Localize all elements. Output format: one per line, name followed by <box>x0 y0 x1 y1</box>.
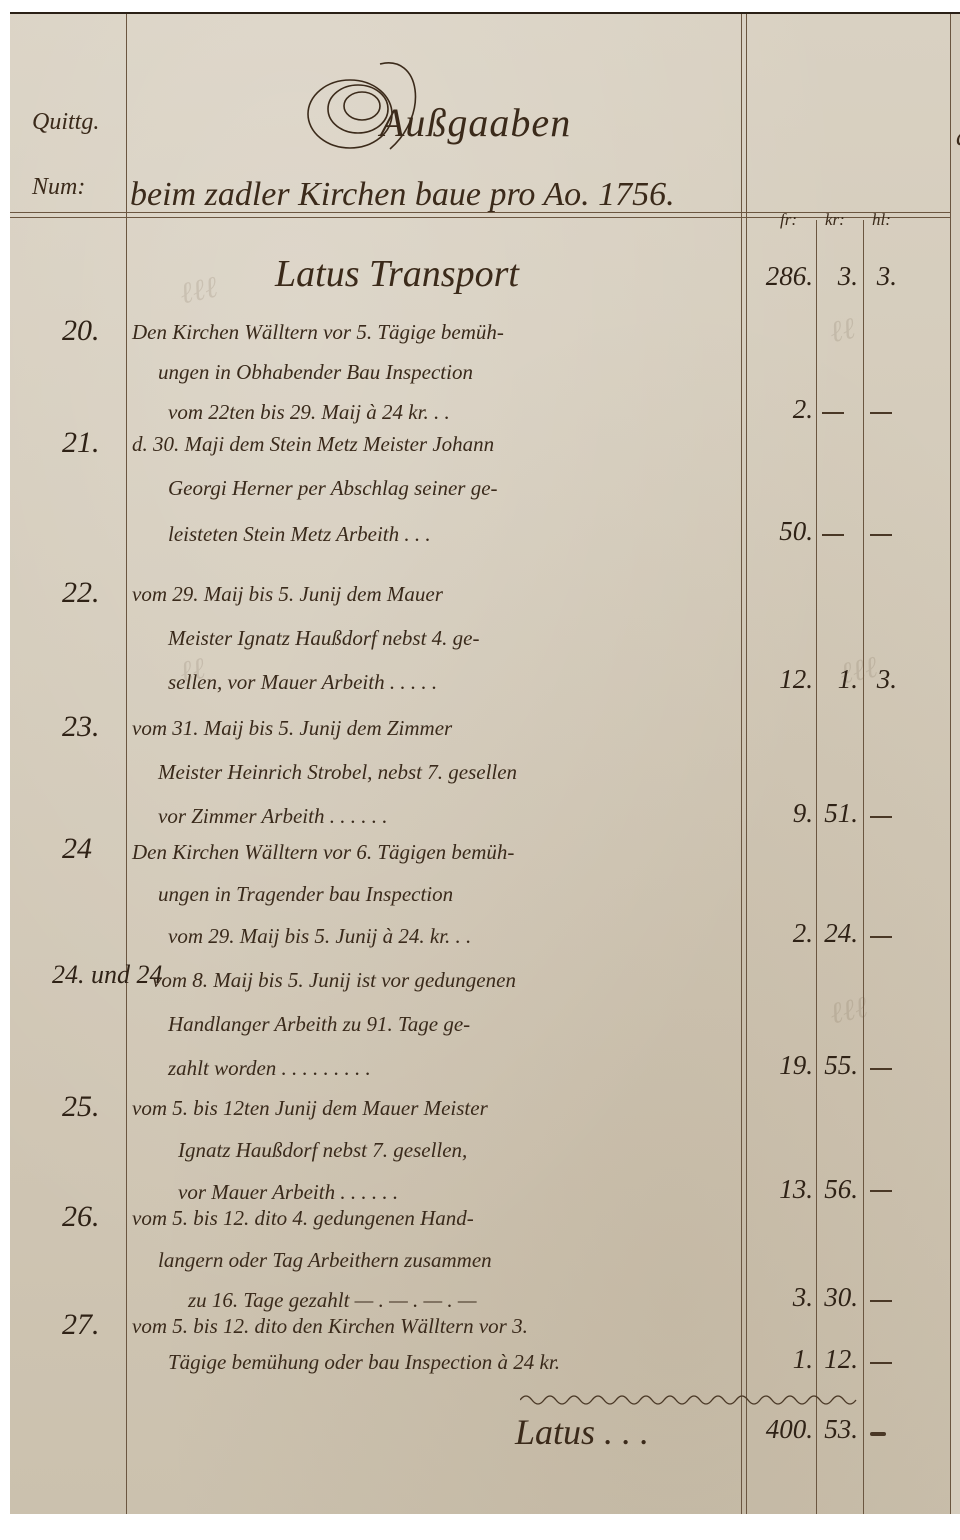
entry-kr: 1. <box>820 664 858 695</box>
page-title: Außgaaben <box>380 99 571 146</box>
entry-text: Meister Heinrich Strobel, nebst 7. gesel… <box>158 760 517 785</box>
latus-total-label: Latus . . . <box>515 1411 649 1453</box>
entry-text: leisteten Stein Metz Arbeith . . . <box>168 522 431 547</box>
entry-text: langern oder Tag Arbeithern zusammen <box>158 1248 492 1273</box>
entry-text: zu 16. Tage gezahlt — . — . — . — <box>188 1288 477 1313</box>
entry-text: vor Zimmer Arbeith . . . . . . <box>158 804 387 829</box>
entry-kr-dash <box>822 412 844 414</box>
entry-text: vom 29. Maij bis 5. Junij à 24. kr. . . <box>168 924 471 949</box>
entry-kr: 51. <box>820 798 858 829</box>
entry-hl-dash <box>870 1362 892 1364</box>
adjacent-page-edge <box>950 14 960 1514</box>
transport-fl: 286. <box>755 261 813 292</box>
kr-header: kr: <box>825 210 845 230</box>
entry-text: Tägige bemühung oder bau Inspection à 24… <box>168 1350 560 1375</box>
entry-fl: 3. <box>755 1282 813 1313</box>
entry-fl: 2. <box>755 394 813 425</box>
entry-kr: 12. <box>820 1344 858 1375</box>
rule-amount-divider <box>741 14 747 1514</box>
entry-text: Meister Ignatz Haußdorf nebst 4. ge- <box>168 626 479 651</box>
header-rule-bottom <box>10 217 950 218</box>
entry-text: ungen in Obhabender Bau Inspection <box>158 360 473 385</box>
entry-hl-dash <box>870 412 892 414</box>
entry-number: 20. <box>62 314 100 348</box>
entry-fl: 2. <box>755 918 813 949</box>
total-squiggle-icon <box>520 1392 865 1406</box>
entry-hl-dash <box>870 936 892 938</box>
entry-kr: 24. <box>820 918 858 949</box>
adjacent-page-letter: a <box>956 122 960 152</box>
page-subtitle: beim zadler Kirchen baue pro Ao. 1756. <box>130 176 675 214</box>
entry-text: Ignatz Haußdorf nebst 7. gesellen, <box>178 1138 467 1163</box>
transport-label: Latus Transport <box>275 252 519 296</box>
total-hl-dash <box>870 1432 886 1436</box>
entry-text: Handlanger Arbeith zu 91. Tage ge- <box>168 1012 470 1037</box>
entry-text: vor Mauer Arbeith . . . . . . <box>178 1180 398 1205</box>
fl-header: fr: <box>780 210 797 230</box>
entry-text: vom 5. bis 12ten Junij dem Mauer Meister <box>132 1096 488 1121</box>
entry-fl: 19. <box>755 1050 813 1081</box>
entry-hl-dash <box>870 1300 892 1302</box>
entry-number: 23. <box>62 710 100 744</box>
entry-number: 25. <box>62 1090 100 1124</box>
entry-hl: 3. <box>867 664 897 695</box>
bleed-through: ℓℓ <box>827 312 859 350</box>
entry-text: zahlt worden . . . . . . . . . <box>168 1056 371 1081</box>
entry-text: Den Kirchen Wälltern vor 5. Tägige bemüh… <box>132 320 504 345</box>
entry-hl-dash <box>870 534 892 536</box>
entry-kr: 56. <box>820 1174 858 1205</box>
entry-text: Georgi Herner per Abschlag seiner ge- <box>168 476 498 501</box>
entry-hl-dash <box>870 816 892 818</box>
entry-kr: 55. <box>820 1050 858 1081</box>
entry-text: Den Kirchen Wälltern vor 6. Tägigen bemü… <box>132 840 514 865</box>
total-fl: 400. <box>745 1414 813 1445</box>
rule-kr-column <box>816 220 817 1514</box>
entry-text: ungen in Tragender bau Inspection <box>158 882 453 907</box>
entry-fl: 13. <box>755 1174 813 1205</box>
entry-kr: 30. <box>820 1282 858 1313</box>
entry-number: 21. <box>62 426 100 460</box>
ledger-page: ℓℓℓ ℓℓ ℓℓℓ ℓℓ ℓℓℓ a Außgaaben Quittg. Nu… <box>10 12 960 1514</box>
entry-text: sellen, vor Mauer Arbeith . . . . . <box>168 670 437 695</box>
bleed-through: ℓℓℓ <box>827 990 871 1031</box>
rule-quitt-column <box>126 14 127 1514</box>
quitt-header: Quittg. <box>32 109 99 136</box>
entry-text: d. 30. Maji dem Stein Metz Meister Johan… <box>132 432 494 457</box>
entry-fl: 9. <box>755 798 813 829</box>
bleed-through: ℓℓℓ <box>177 270 221 311</box>
entry-number: 26. <box>62 1200 100 1234</box>
entry-number: 27. <box>62 1308 100 1342</box>
entry-text: vom 22ten bis 29. Maij à 24 kr. . . <box>168 400 450 425</box>
entry-text: vom 5. bis 12. dito 4. gedungenen Hand- <box>132 1206 474 1231</box>
entry-hl-dash <box>870 1190 892 1192</box>
hl-header: hl: <box>872 210 891 230</box>
entry-kr-dash <box>822 534 844 536</box>
entry-text: vom 5. bis 12. dito den Kirchen Wälltern… <box>132 1314 528 1339</box>
entry-fl: 1. <box>755 1344 813 1375</box>
entry-number: 24 <box>62 832 92 866</box>
entry-text: vom 8. Maij bis 5. Junij ist vor gedunge… <box>132 968 516 993</box>
entry-text: vom 31. Maij bis 5. Junij dem Zimmer <box>132 716 452 741</box>
entry-text: vom 29. Maij bis 5. Junij dem Mauer <box>132 582 443 607</box>
rule-hl-column <box>863 220 864 1514</box>
transport-kr: 3. <box>820 261 858 292</box>
entry-number: 22. <box>62 576 100 610</box>
entry-fl: 12. <box>755 664 813 695</box>
transport-hl: 3. <box>867 261 897 292</box>
entry-hl-dash <box>870 1068 892 1070</box>
entry-fl: 50. <box>755 516 813 547</box>
total-kr: 53. <box>820 1414 858 1445</box>
num-header: Num: <box>32 174 85 201</box>
